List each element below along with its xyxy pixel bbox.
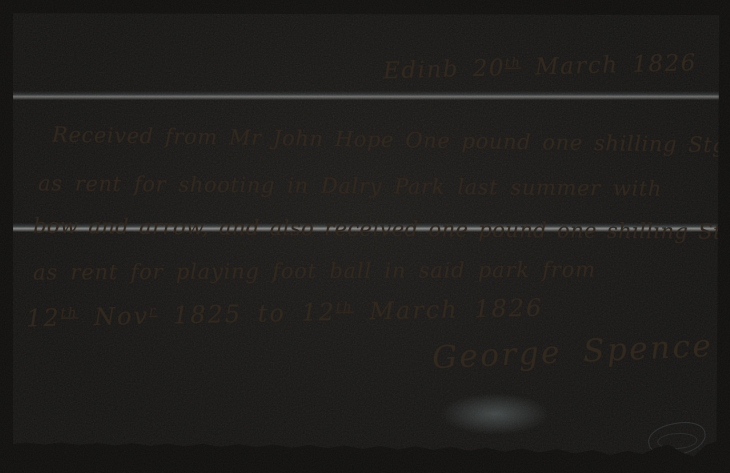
photo-background: Edinb 20th March 1826 Received from Mr J…: [0, 0, 730, 473]
receipt-line-1: Received from Mr John Hope One pound one…: [52, 123, 730, 158]
pencil-scribble: [646, 419, 708, 460]
receipt-line-2: as rent for shooting in Dalry Park last …: [38, 171, 662, 200]
receipt-line-5: 12th Novr 1825 to 12th March 1826: [26, 294, 544, 333]
ink-showthrough-smudge: [440, 393, 550, 435]
fold-crease-top: [12, 91, 720, 100]
receipt-line-3: bow and arrow, and also received one pou…: [33, 214, 730, 245]
signature-george-spence: George Spence: [431, 328, 714, 376]
receipt-paper: Edinb 20th March 1826 Received from Mr J…: [12, 11, 720, 463]
receipt-line-4: as rent for playing foot ball in said pa…: [33, 258, 596, 285]
date-line: Edinb 20th March 1826: [383, 50, 697, 84]
